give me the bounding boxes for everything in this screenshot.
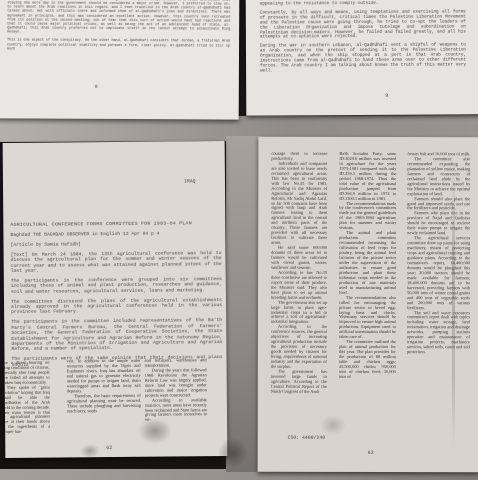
- newsprint-paragraph: have a direct bearing on living conditio…: [3, 361, 50, 386]
- typed-paragraph: The committees discussed the plans of th…: [11, 298, 222, 316]
- article-title: AGRICULTURAL CONFERENCE FORMS COMMITTEES…: [10, 221, 221, 228]
- typed-paragraph: Constantly, by all ways and means, using…: [260, 10, 466, 41]
- newsprint-paragraph: The agricultural services committee drew…: [407, 236, 470, 310]
- newsprint-paragraph: Therefore, the basic requirements of agr…: [67, 393, 141, 413]
- newsprint-column-3: frozen fish and 16,000 tons of milk.The …: [407, 152, 471, 440]
- page-top-left: …ness and boiling had flowed over with, …: [0, 0, 239, 120]
- clipping-column-1: have a direct bearing on living conditio…: [3, 361, 51, 439]
- newsprint-paragraph: The soil and water resources committee's…: [407, 311, 470, 356]
- newsprint-paragraph: Farmers who plant rice in the province o…: [407, 212, 470, 237]
- typed-paragraph: appealing to the resistance to comply ou…: [260, 1, 466, 7]
- typed-paragraph: The participants in the conference were …: [11, 277, 222, 295]
- page-number: 62: [106, 445, 112, 451]
- newsprint-paragraph: The government also set up large farms t…: [271, 300, 327, 325]
- newsprint-column-1: courage them to increase productivity.In…: [271, 152, 328, 440]
- byline: [Article by Samia Hafidh]: [11, 241, 222, 248]
- newsprint-paragraph: The recommendations also called for enco…: [339, 296, 396, 341]
- table-gap-between-pages: [226, 136, 262, 472]
- scanned-documents-photo: …ness and boiling had flowed over with, …: [0, 0, 478, 480]
- newsprint-paragraph: The recommendations made by the conferen…: [339, 201, 396, 231]
- newsprint-paragraph: The committee also recommended expanding…: [407, 157, 470, 197]
- newsprint-paragraph: The government has invested large funds …: [271, 370, 327, 395]
- newsprint-paragraph: Individuals and companies are also invit…: [271, 162, 327, 246]
- page-bottom-right: courage them to increase productivity.In…: [258, 137, 478, 473]
- newsprint-paragraph: The committee outlined the plan of anima…: [339, 340, 396, 380]
- newsprint-paragraph: They spoke of "grain revolution" hoping …: [3, 385, 51, 435]
- newsprint-paragraph: Farmers should also plant the good and i…: [407, 197, 470, 212]
- typed-text-block: appealing to the resistance to comply ou…: [260, 1, 466, 78]
- page-number: 8: [95, 85, 98, 90]
- clipping-column-3: and fertilizers, warehouses and transpor…: [145, 358, 208, 439]
- newsprint-paragraph: vest. In addition to the ample water res…: [67, 359, 141, 394]
- page-top-right: appealing to the resistance to comply ou…: [246, 0, 478, 116]
- page-number: 9: [385, 93, 388, 99]
- typed-paragraph: This is one aspect of the conspiracy. On…: [7, 39, 230, 53]
- typed-text-block: …ness and boiling had flowed over with, …: [7, 0, 230, 56]
- newsprint-paragraph: According to law No.35 these conclusive …: [271, 271, 327, 301]
- clipping-column-2: vest. In addition to the ample water res…: [67, 359, 142, 440]
- typed-paragraph: [Text] On March 24 1984, the 13th agricu…: [11, 251, 222, 274]
- newsprint-paragraph: The animal and plant production committe…: [339, 231, 396, 296]
- newsprint-paragraph: He said some 600,000 donums of these are…: [271, 246, 327, 271]
- newsprint-paragraph: Ba'th Socialist Party, some ID.3029.6 mi…: [339, 152, 396, 202]
- newsprint-column-2: Ba'th Socialist Party, some ID.3029.6 mi…: [339, 152, 397, 440]
- typed-paragraph: During the war in southern Lebanon, al-Q…: [260, 44, 466, 75]
- cso-reference: CSO: 4400/240: [288, 436, 325, 441]
- newsprint-paragraph: According to the conference sources, the…: [271, 325, 327, 370]
- page-bottom-left: IRAQ AGRICULTURAL CONFERENCE FORMS COMMI…: [3, 141, 228, 458]
- country-tag: IRAQ: [184, 179, 196, 184]
- newsprint-paragraph: During the years that followed 1968 Revo…: [145, 368, 207, 398]
- newsprint-paragraph: According to available statistics, more …: [145, 398, 207, 423]
- typed-paragraph: The participants in the committee includ…: [11, 318, 222, 352]
- source-line: Baghdad THE BAGHDAD OBSERVER in English …: [10, 231, 221, 238]
- page-number: 63: [368, 450, 374, 456]
- typed-paragraph: …ness and boiling had flowed over with, …: [7, 0, 230, 36]
- typed-text-block: AGRICULTURAL CONFERENCE FORMS COMMITTEES…: [10, 221, 222, 372]
